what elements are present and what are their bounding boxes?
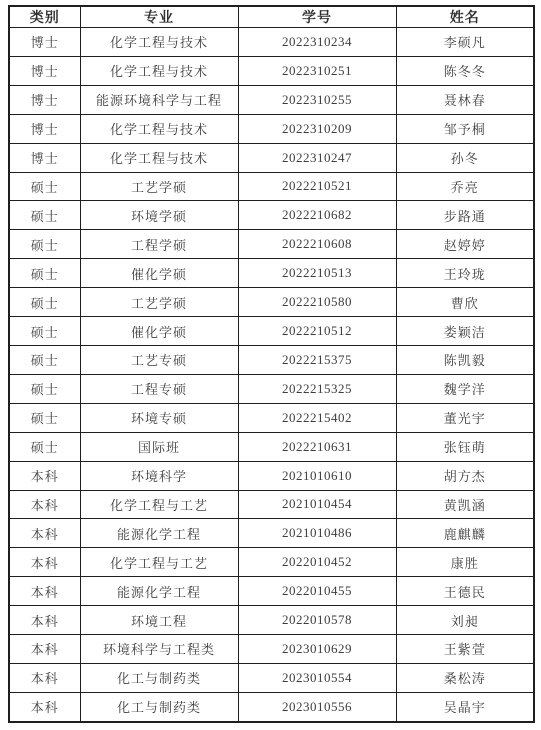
cell-student-id: 2022010578 (238, 606, 396, 635)
table-row: 硕士工艺学硕2022210580曹欣 (9, 288, 534, 317)
cell-student-id: 2022210631 (238, 432, 396, 461)
cell-student-id: 2022010455 (238, 577, 396, 606)
cell-name: 康胜 (396, 548, 534, 577)
cell-student-id: 2022310251 (238, 56, 396, 85)
cell-name: 赵婷婷 (396, 230, 534, 259)
cell-student-id: 2022210521 (238, 172, 396, 201)
cell-student-id: 2023010556 (238, 692, 396, 722)
table-row: 本科环境工程2022010578刘昶 (9, 606, 534, 635)
cell-category: 本科 (9, 548, 80, 577)
table-header-row: 类别 专业 学号 姓名 (9, 6, 534, 28)
cell-major: 工艺专硕 (80, 345, 238, 374)
cell-category: 本科 (9, 692, 80, 722)
table-row: 本科环境科学与工程类2023010629王紫萱 (9, 635, 534, 664)
cell-name: 黄凯涵 (396, 490, 534, 519)
cell-major: 催化学硕 (80, 259, 238, 288)
cell-major: 化学工程与技术 (80, 56, 238, 85)
cell-major: 化学工程与技术 (80, 143, 238, 172)
cell-major: 能源环境科学与工程 (80, 85, 238, 114)
table-row: 硕士工艺专硕2022215375陈凯毅 (9, 345, 534, 374)
student-roster-table: 类别 专业 学号 姓名 博士化学工程与技术2022310234李硕凡博士化学工程… (8, 5, 535, 723)
cell-category: 博士 (9, 56, 80, 85)
cell-major: 化学工程与技术 (80, 28, 238, 57)
cell-category: 博士 (9, 28, 80, 57)
cell-major: 化工与制药类 (80, 663, 238, 692)
table-row: 博士化学工程与技术2022310251陈冬冬 (9, 56, 534, 85)
table-row: 本科环境科学2021010610胡方杰 (9, 461, 534, 490)
table-row: 硕士工程学硕2022210608赵婷婷 (9, 230, 534, 259)
cell-major: 能源化学工程 (80, 577, 238, 606)
cell-student-id: 2022210513 (238, 259, 396, 288)
cell-name: 聂林春 (396, 85, 534, 114)
cell-name: 王德民 (396, 577, 534, 606)
cell-name: 王紫萱 (396, 635, 534, 664)
table-row: 硕士环境专硕2022215402董光宇 (9, 403, 534, 432)
cell-major: 工程专硕 (80, 374, 238, 403)
table-row: 硕士催化学硕2022210513王玲珑 (9, 259, 534, 288)
table-row: 硕士工艺学硕2022210521乔亮 (9, 172, 534, 201)
table-row: 本科能源化学工程2021010486鹿麒麟 (9, 519, 534, 548)
cell-name: 董光宇 (396, 403, 534, 432)
cell-category: 本科 (9, 606, 80, 635)
cell-category: 本科 (9, 461, 80, 490)
cell-category: 硕士 (9, 259, 80, 288)
cell-student-id: 2022310209 (238, 114, 396, 143)
cell-student-id: 2022210512 (238, 317, 396, 346)
cell-category: 本科 (9, 663, 80, 692)
table-row: 本科化学工程与工艺2022010452康胜 (9, 548, 534, 577)
cell-name: 王玲珑 (396, 259, 534, 288)
cell-student-id: 2023010554 (238, 663, 396, 692)
cell-name: 陈冬冬 (396, 56, 534, 85)
cell-major: 环境科学与工程类 (80, 635, 238, 664)
cell-category: 博士 (9, 85, 80, 114)
cell-category: 本科 (9, 577, 80, 606)
cell-student-id: 2022210682 (238, 201, 396, 230)
cell-student-id: 2022215375 (238, 345, 396, 374)
cell-category: 硕士 (9, 201, 80, 230)
table-row: 硕士环境学硕2022210682步路通 (9, 201, 534, 230)
cell-name: 步路通 (396, 201, 534, 230)
cell-name: 胡方杰 (396, 461, 534, 490)
header-name: 姓名 (396, 6, 534, 28)
cell-name: 魏学洋 (396, 374, 534, 403)
cell-student-id: 2022010452 (238, 548, 396, 577)
cell-major: 国际班 (80, 432, 238, 461)
cell-category: 本科 (9, 635, 80, 664)
cell-student-id: 2022215402 (238, 403, 396, 432)
cell-name: 张钰萌 (396, 432, 534, 461)
table-row: 本科化工与制药类2023010554桑松涛 (9, 663, 534, 692)
table-row: 博士化学工程与技术2022310247孙冬 (9, 143, 534, 172)
cell-category: 本科 (9, 519, 80, 548)
cell-major: 环境工程 (80, 606, 238, 635)
cell-major: 工艺学硕 (80, 172, 238, 201)
table-row: 硕士国际班2022210631张钰萌 (9, 432, 534, 461)
cell-major: 工程学硕 (80, 230, 238, 259)
cell-category: 硕士 (9, 172, 80, 201)
cell-name: 李硕凡 (396, 28, 534, 57)
cell-name: 邹予桐 (396, 114, 534, 143)
table-row: 本科能源化学工程2022010455王德民 (9, 577, 534, 606)
cell-major: 环境学硕 (80, 201, 238, 230)
cell-category: 硕士 (9, 345, 80, 374)
cell-name: 娄颖洁 (396, 317, 534, 346)
cell-major: 化工与制药类 (80, 692, 238, 722)
document-page: 类别 专业 学号 姓名 博士化学工程与技术2022310234李硕凡博士化学工程… (0, 0, 541, 730)
cell-category: 硕士 (9, 288, 80, 317)
cell-name: 乔亮 (396, 172, 534, 201)
cell-student-id: 2022310234 (238, 28, 396, 57)
cell-student-id: 2022210608 (238, 230, 396, 259)
cell-name: 桑松涛 (396, 663, 534, 692)
cell-major: 催化学硕 (80, 317, 238, 346)
cell-name: 鹿麒麟 (396, 519, 534, 548)
cell-major: 化学工程与工艺 (80, 548, 238, 577)
cell-major: 环境专硕 (80, 403, 238, 432)
header-student-id: 学号 (238, 6, 396, 28)
cell-category: 博士 (9, 114, 80, 143)
cell-major: 环境科学 (80, 461, 238, 490)
cell-student-id: 2021010610 (238, 461, 396, 490)
cell-student-id: 2021010486 (238, 519, 396, 548)
table-row: 本科化工与制药类2023010556吴晶宇 (9, 692, 534, 722)
cell-category: 硕士 (9, 317, 80, 346)
cell-major: 工艺学硕 (80, 288, 238, 317)
cell-student-id: 2022310247 (238, 143, 396, 172)
cell-student-id: 2022215325 (238, 374, 396, 403)
cell-name: 陈凯毅 (396, 345, 534, 374)
cell-category: 博士 (9, 143, 80, 172)
cell-student-id: 2022310255 (238, 85, 396, 114)
table-row: 博士化学工程与技术2022310234李硕凡 (9, 28, 534, 57)
table-row: 博士化学工程与技术2022310209邹予桐 (9, 114, 534, 143)
cell-category: 硕士 (9, 403, 80, 432)
cell-major: 化学工程与技术 (80, 114, 238, 143)
cell-major: 能源化学工程 (80, 519, 238, 548)
cell-name: 孙冬 (396, 143, 534, 172)
table-row: 本科化学工程与工艺2021010454黄凯涵 (9, 490, 534, 519)
table-row: 硕士工程专硕2022215325魏学洋 (9, 374, 534, 403)
cell-student-id: 2023010629 (238, 635, 396, 664)
cell-category: 硕士 (9, 374, 80, 403)
cell-category: 硕士 (9, 230, 80, 259)
header-major: 专业 (80, 6, 238, 28)
cell-category: 本科 (9, 490, 80, 519)
cell-student-id: 2021010454 (238, 490, 396, 519)
table-row: 硕士催化学硕2022210512娄颖洁 (9, 317, 534, 346)
cell-name: 曹欣 (396, 288, 534, 317)
header-category: 类别 (9, 6, 80, 28)
cell-major: 化学工程与工艺 (80, 490, 238, 519)
cell-student-id: 2022210580 (238, 288, 396, 317)
cell-name: 吴晶宇 (396, 692, 534, 722)
cell-name: 刘昶 (396, 606, 534, 635)
table-row: 博士能源环境科学与工程2022310255聂林春 (9, 85, 534, 114)
cell-category: 硕士 (9, 432, 80, 461)
table-body: 博士化学工程与技术2022310234李硕凡博士化学工程与技术202231025… (9, 28, 534, 723)
